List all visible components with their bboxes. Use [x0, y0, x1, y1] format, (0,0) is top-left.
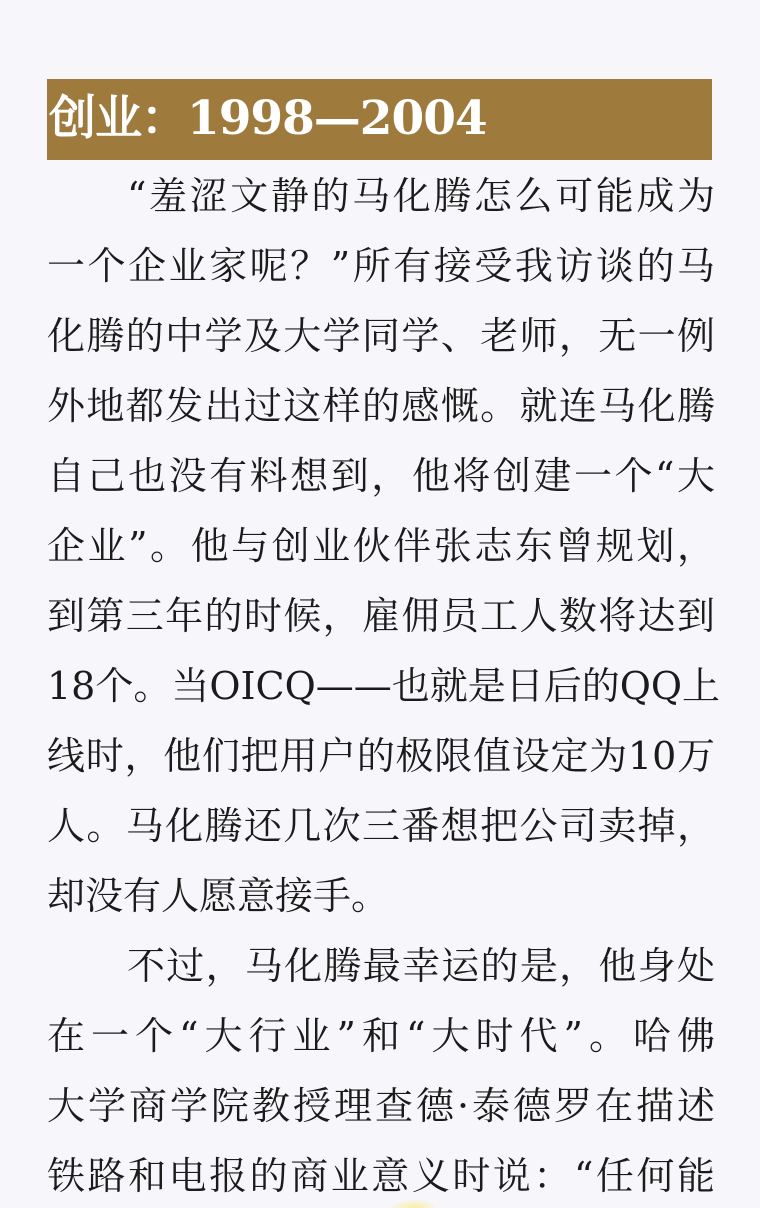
text-line: 企业”。他与创业伙伴张志东曾规划， [47, 511, 715, 581]
text-line: 自己也没有料想到，他将创建一个“大 [47, 441, 715, 511]
paragraph-1: “羞涩文静的马化腾怎么可能成为 一个企业家呢？”所有接受我访谈的马 化腾的中学及… [47, 161, 715, 931]
text-line: 到第三年的时候，雇佣员工人数将达到 [47, 581, 715, 651]
text-line: 却没有人愿意接手。 [47, 861, 715, 931]
chapter-title: 创业：1998—2004 [49, 95, 487, 142]
body-text: “羞涩文静的马化腾怎么可能成为 一个企业家呢？”所有接受我访谈的马 化腾的中学及… [47, 161, 715, 1208]
text-line: 大学商学院教授理查德·泰德罗在描述 [47, 1071, 715, 1141]
text-line: 线时，他们把用户的极限值设定为10万 [47, 721, 715, 791]
text-line: 化腾的中学及大学同学、老师，无一例 [47, 301, 715, 371]
text-line: 外地都发出过这样的感慨。就连马化腾 [47, 371, 715, 441]
text-line: 铁路和电报的商业意义时说：“任何能 [47, 1141, 715, 1208]
text-line: 在一个“大行业”和“大时代”。哈佛 [47, 1001, 715, 1071]
paragraph-2: 不过，马化腾最幸运的是，他身处 在一个“大行业”和“大时代”。哈佛 大学商学院教… [47, 931, 715, 1208]
text-line: 人。马化腾还几次三番想把公司卖掉， [47, 791, 715, 861]
text-line: 18个。当OICQ——也就是日后的QQ上 [47, 651, 715, 721]
chapter-heading-bar: 创业：1998—2004 [47, 79, 712, 160]
text-line: 不过，马化腾最幸运的是，他身处 [47, 931, 715, 1001]
book-page: 创业：1998—2004 “羞涩文静的马化腾怎么可能成为 一个企业家呢？”所有接… [0, 0, 760, 1208]
text-line: 一个企业家呢？”所有接受我访谈的马 [47, 231, 715, 301]
text-line: “羞涩文静的马化腾怎么可能成为 [47, 161, 715, 231]
